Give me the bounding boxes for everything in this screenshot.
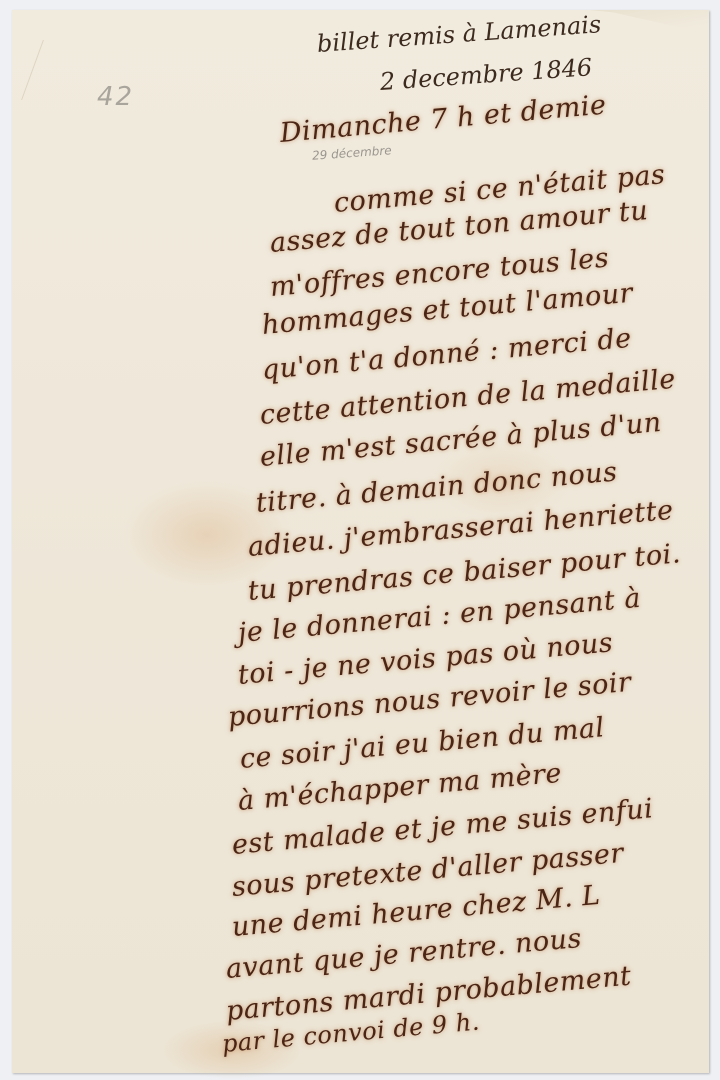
docket-note-line1: billet remis à Lamenais (316, 10, 602, 58)
letter-heading-line: Dimanche 7 h et demie (279, 90, 608, 149)
pencil-annotation: 29 décembre (312, 143, 392, 163)
folio-number: 42 (97, 82, 134, 112)
paper-crease (21, 40, 74, 100)
docket-note-date: 2 decembre 1846 (379, 53, 593, 96)
letter-page: 42 29 décembre billet remis à Lamenais 2… (12, 10, 709, 1073)
folded-corner (589, 10, 709, 34)
